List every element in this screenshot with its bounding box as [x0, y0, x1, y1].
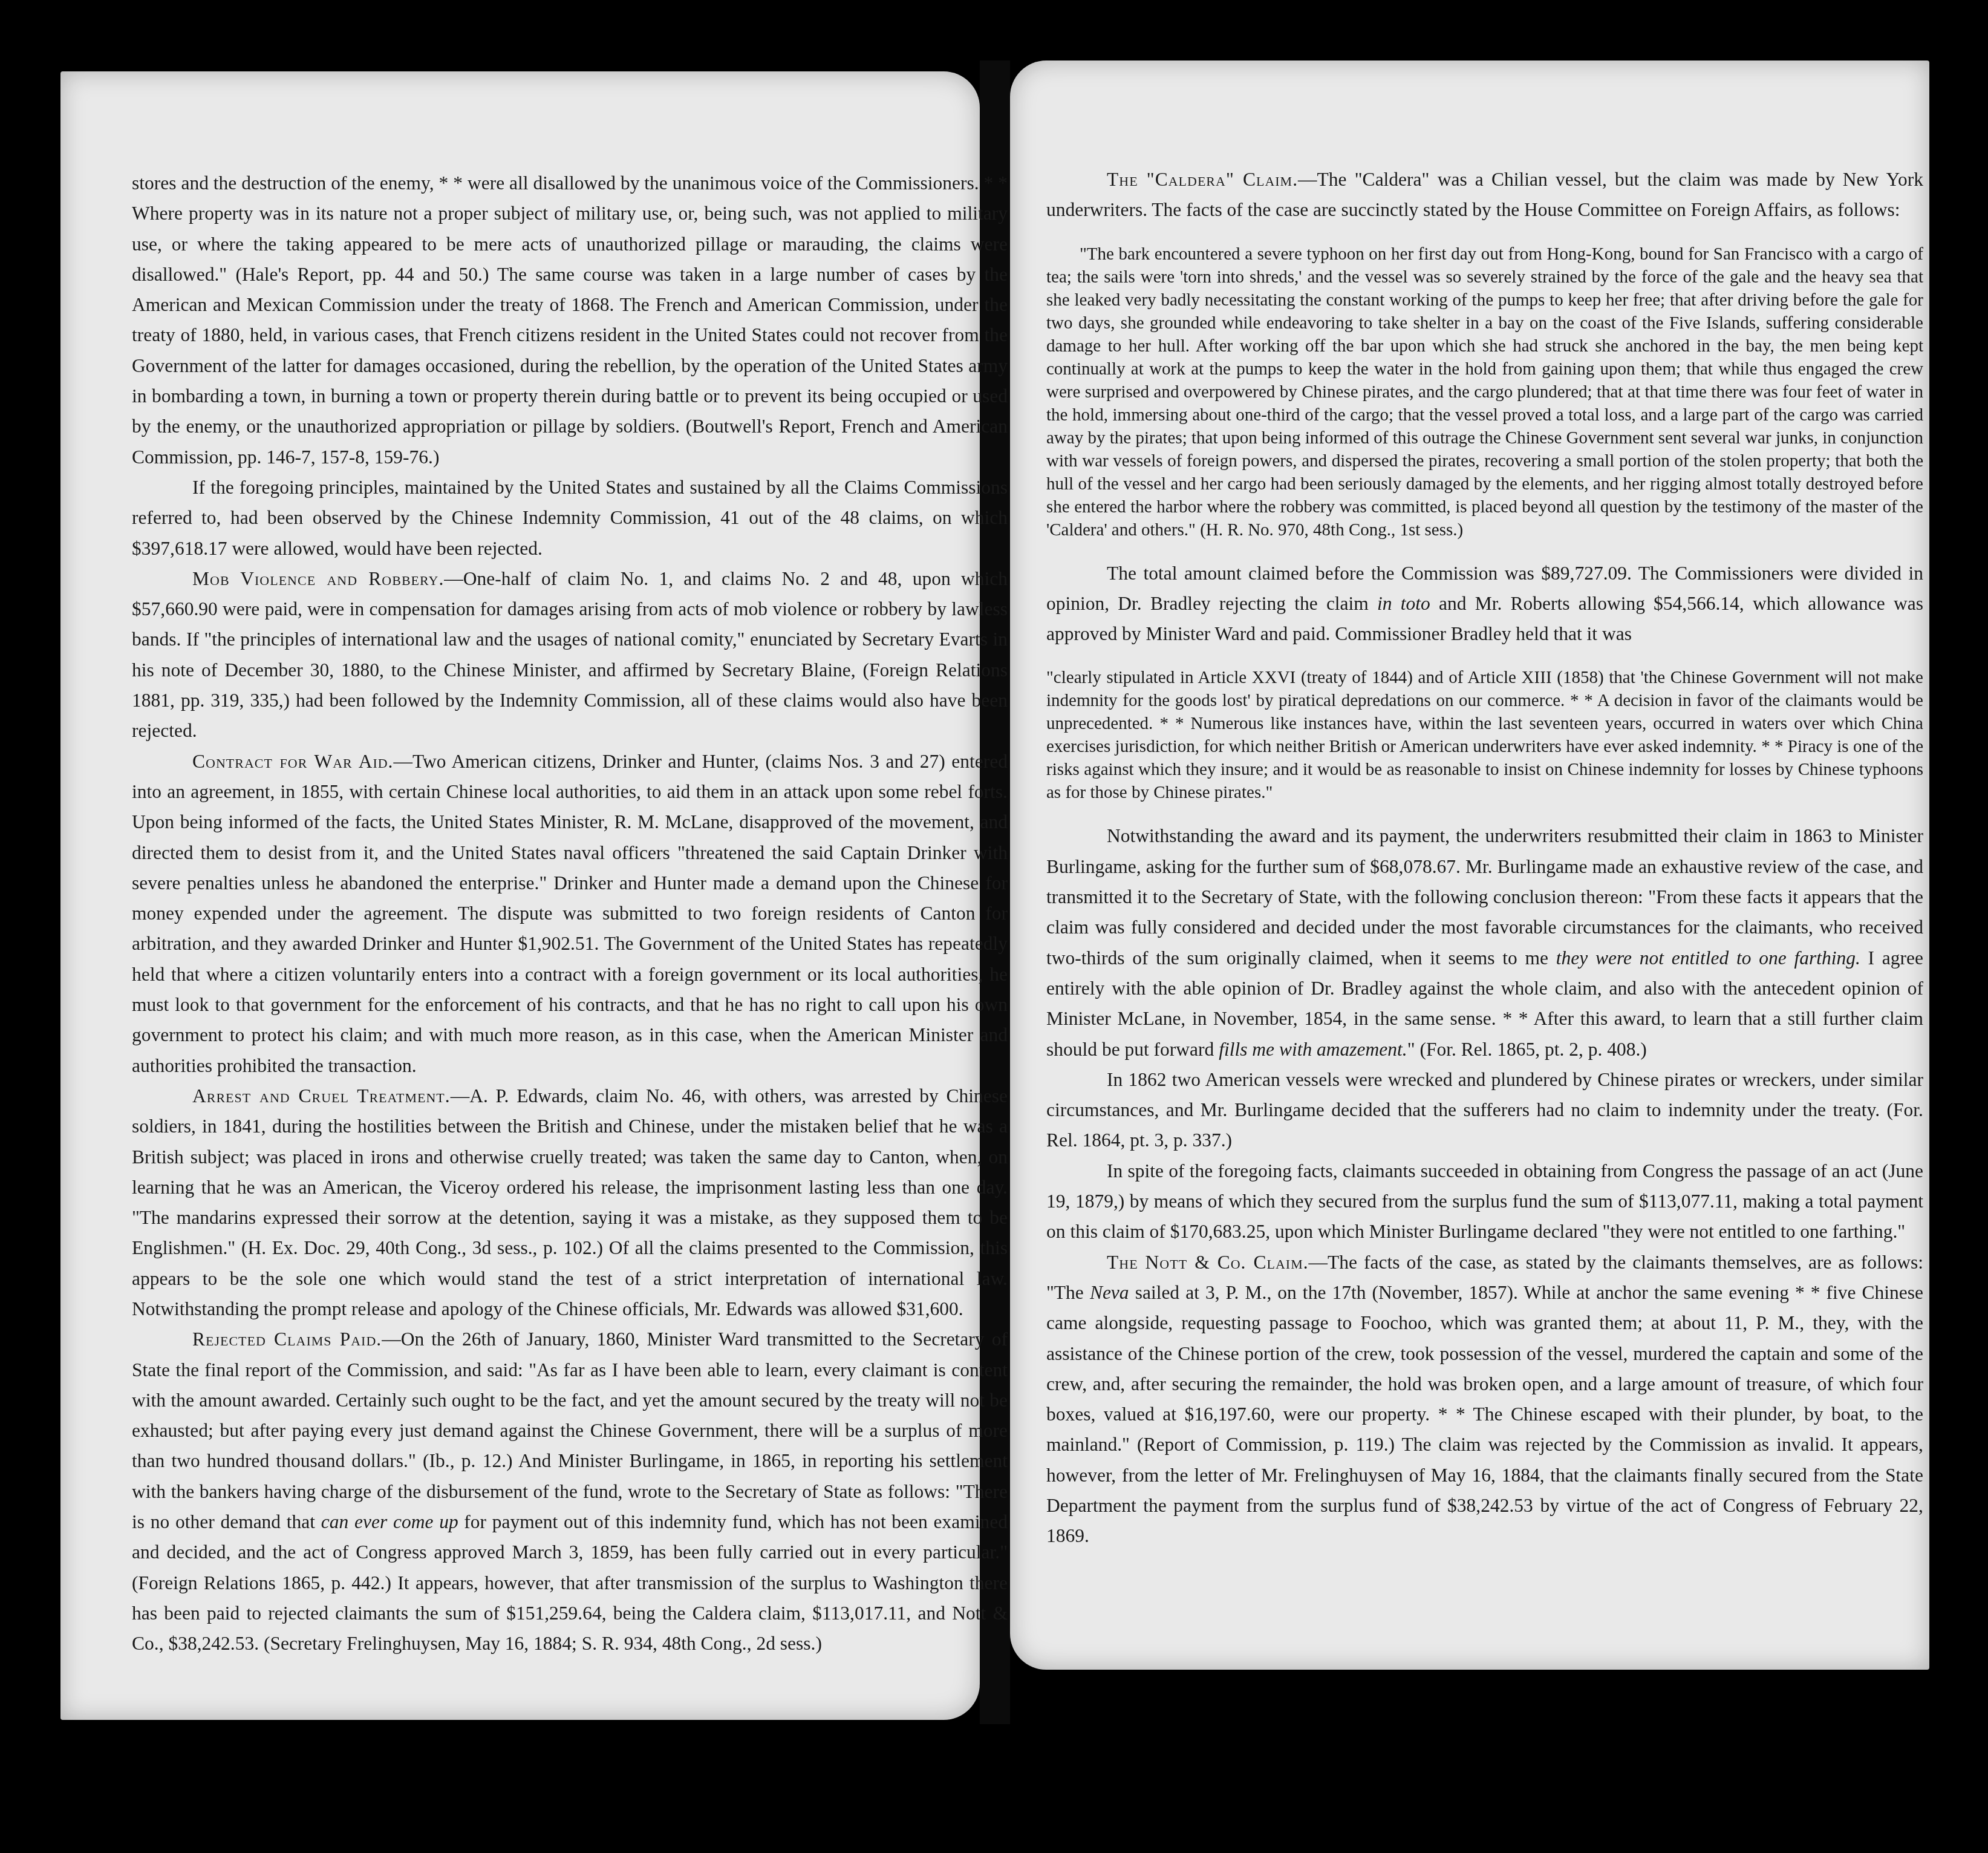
section-heading-mob-violence: Mob Violence and Robbery. [192, 568, 444, 589]
paragraph-caldera-claim: The "Caldera" Claim.—The "Caldera" was a… [1046, 165, 1923, 226]
paragraph-total-amount: The total amount claimed before the Comm… [1046, 558, 1923, 650]
left-page: stores and the destruction of the enemy,… [60, 71, 980, 1720]
paragraph-disallowed-claims: stores and the destruction of the enemy,… [132, 168, 1008, 472]
right-page: The "Caldera" Claim.—The "Caldera" was a… [1010, 60, 1929, 1670]
paragraph-1862-vessels: In 1862 two American vessels were wrecke… [1046, 1065, 1923, 1156]
left-page-text: stores and the destruction of the enemy,… [132, 168, 1008, 1659]
paragraph-mob-violence: Mob Violence and Robbery.—One-half of cl… [132, 564, 1008, 747]
section-heading-rejected-claims: Rejected Claims Paid. [192, 1328, 382, 1350]
paragraph-rejected-claims-paid: Rejected Claims Paid.—On the 26th of Jan… [132, 1324, 1008, 1659]
section-heading-caldera: The "Caldera" Claim. [1107, 169, 1298, 190]
blockquote-bradley: "clearly stipulated in Article XXVI (tre… [1046, 666, 1923, 804]
paragraph-arrest-cruel-treatment: Arrest and Cruel Treatment.—A. P. Edward… [132, 1081, 1008, 1324]
section-heading-arrest: Arrest and Cruel Treatment. [192, 1085, 451, 1106]
section-heading-nott: The Nott & Co. Claim. [1107, 1252, 1309, 1273]
paragraph-contract-war-aid: Contract for War Aid.—Two American citiz… [132, 747, 1008, 1081]
section-heading-contract-war-aid: Contract for War Aid. [192, 751, 393, 772]
paragraph-in-spite: In spite of the foregoing facts, claiman… [1046, 1156, 1923, 1247]
paragraph-notwithstanding: Notwithstanding the award and its paymen… [1046, 821, 1923, 1064]
blockquote-house-committee: "The bark encountered a severe typhoon o… [1046, 243, 1923, 541]
right-page-text: The "Caldera" Claim.—The "Caldera" was a… [1046, 165, 1923, 1552]
paragraph-nott-claim: The Nott & Co. Claim.—The facts of the c… [1046, 1247, 1923, 1552]
paragraph-foregoing-principles: If the foregoing principles, maintained … [132, 472, 1008, 564]
